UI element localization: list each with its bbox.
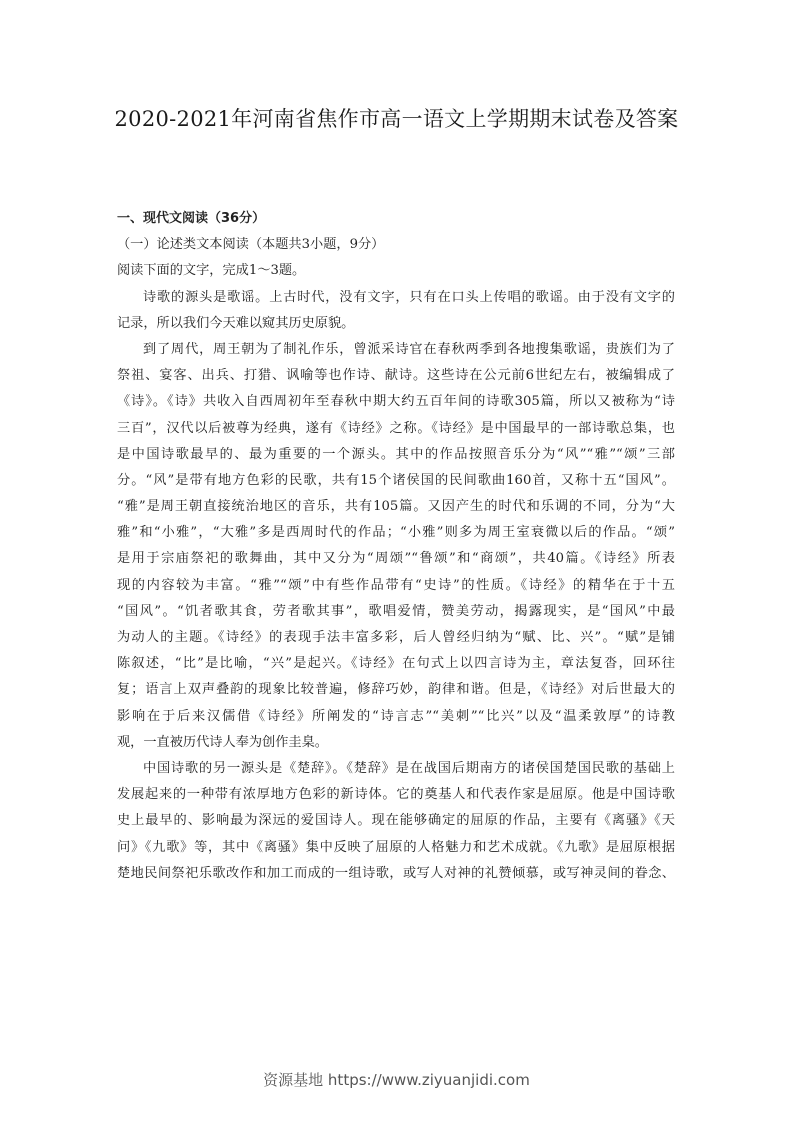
paragraph-line: 祭祖、宴客、出兵、打猎、讽喻等也作诗、献诗。这些诗在公元前6世纪左右，被编辑成了 xyxy=(117,363,675,389)
paragraph: 中国诗歌的另一源头是《楚辞》。《楚辞》是在战国后期南方的诸侯国楚国民歌的基础上 … xyxy=(117,756,675,887)
watermark-footer: 资源基地 https://www.ziyuanjidi.com xyxy=(0,1069,793,1090)
paragraph-line: 复；语言上双声叠韵的现象比较普遍，修辞巧妙，韵律和谐。但是，《诗经》对后世最大的 xyxy=(117,677,675,703)
paragraph-line: 为动人的主题。《诗经》的表现手法丰富多彩，后人曾经归纳为“赋、比、兴”。“赋”是… xyxy=(117,625,675,651)
paragraph: 到了周代，周王朝为了制礼作乐，曾派采诗官在春秋两季到各地搜集歌谣，贵族们为了 祭… xyxy=(117,337,675,756)
paragraph-line: 是中国诗歌最早的、最为重要的一个源头。其中的作品按照音乐分为“风”“雅”“颂”三… xyxy=(117,442,675,468)
paragraph-line: 三百”，汉代以后被尊为经典，遂有《诗经》之称。《诗经》是中国最早的一部诗歌总集，… xyxy=(117,416,675,442)
paragraph-line: 观，一直被历代诗人奉为创作圭臬。 xyxy=(117,730,675,756)
page-title: 2020-2021年河南省焦作市高一语文上学期期末试卷及答案 xyxy=(0,103,793,133)
paragraph-line: 《诗》。《诗》共收入自西周初年至春秋中期大约五百年间的诗歌305篇，所以又被称为… xyxy=(117,389,675,415)
instruction-text: 阅读下面的文字，完成1～3题。 xyxy=(117,258,675,284)
section-heading: 一、现代文阅读（36分） xyxy=(117,206,675,232)
paragraph-line: 记录，所以我们今天难以窥其历史原貌。 xyxy=(117,311,675,337)
paragraph-line: 到了周代，周王朝为了制礼作乐，曾派采诗官在春秋两季到各地搜集歌谣，贵族们为了 xyxy=(117,337,675,363)
paragraph-line: 诗歌的源头是歌谣。上古时代，没有文字，只有在口头上传唱的歌谣。由于没有文字的 xyxy=(117,285,675,311)
paragraph-line: 史上最早的、影响最为深远的爱国诗人。现在能够确定的屈原的作品，主要有《离骚》《天 xyxy=(117,808,675,834)
paragraph-line: “雅”是周王朝直接统治地区的音乐，共有105篇。又因产生的时代和乐调的不同，分为… xyxy=(117,494,675,520)
paragraph: 诗歌的源头是歌谣。上古时代，没有文字，只有在口头上传唱的歌谣。由于没有文字的 记… xyxy=(117,285,675,337)
paragraph-line: “国风”。“饥者歌其食，劳者歌其事”，歌唱爱情，赞美劳动，揭露现实，是“国风”中… xyxy=(117,599,675,625)
paragraph-line: 问》《九歌》等，其中《离骚》集中反映了屈原的人格魅力和艺术成就。《九歌》是屈原根… xyxy=(117,835,675,861)
paragraph-line: 分。“风”是带有地方色彩的民歌，共有15个诸侯国的民间歌曲160首，又称十五“国… xyxy=(117,468,675,494)
paragraph-line: 是用于宗庙祭祀的歌舞曲，其中又分为“周颂”“鲁颂”和“商颂”，共40篇。《诗经》… xyxy=(117,546,675,572)
document-body: 一、现代文阅读（36分） （一）论述类文本阅读（本题共3小题，9分） 阅读下面的… xyxy=(117,206,675,887)
paragraph-line: 现的内容较为丰富。“雅”“颂”中有些作品带有“史诗”的性质。《诗经》的精华在于十… xyxy=(117,573,675,599)
subsection-heading: （一）论述类文本阅读（本题共3小题，9分） xyxy=(117,232,675,258)
document-page: 2020-2021年河南省焦作市高一语文上学期期末试卷及答案 一、现代文阅读（3… xyxy=(0,0,793,1122)
paragraph-line: 发展起来的一种带有浓厚地方色彩的新诗体。它的奠基人和代表作家是屈原。他是中国诗歌 xyxy=(117,782,675,808)
paragraph-line: 楚地民间祭祀乐歌改作和加工而成的一组诗歌，或写人对神的礼赞倾慕，或写神灵间的眷念… xyxy=(117,861,675,887)
paragraph-line: 雅”和“小雅”，“大雅”多是西周时代的作品；“小雅”则多为周王室衰微以后的作品。… xyxy=(117,520,675,546)
paragraph-line: 影响在于后来汉儒借《诗经》所阐发的“诗言志”“美刺”“比兴”以及“温柔敦厚”的诗… xyxy=(117,704,675,730)
paragraph-line: 陈叙述，“比”是比喻，“兴”是起兴。《诗经》在句式上以四言诗为主，章法复沓，回环… xyxy=(117,651,675,677)
paragraph-line: 中国诗歌的另一源头是《楚辞》。《楚辞》是在战国后期南方的诸侯国楚国民歌的基础上 xyxy=(117,756,675,782)
